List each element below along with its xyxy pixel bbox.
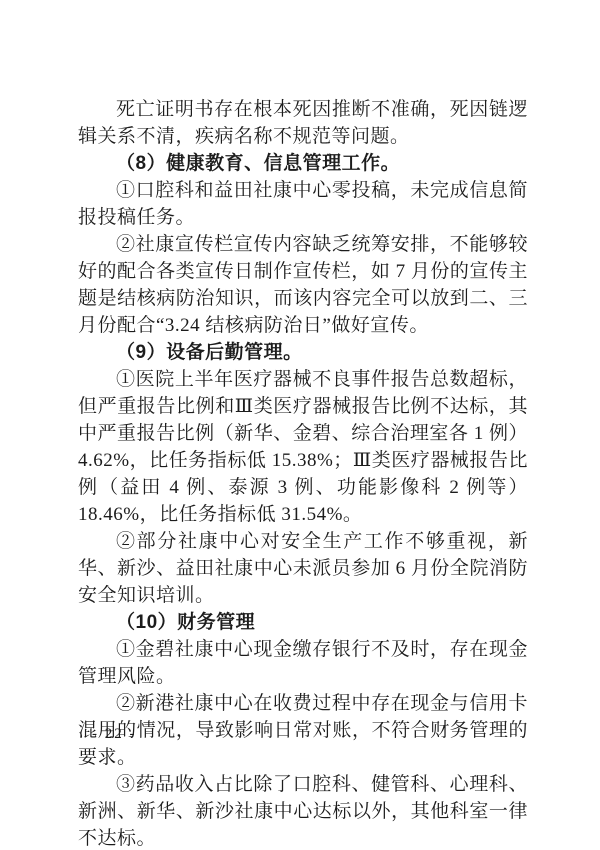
section-heading-8-health-education: （8）健康教育、信息管理工作。 <box>78 150 528 177</box>
paragraph-10-item-2: ②新港社康中心在收费过程中存在现金与信用卡混用的情况，导致影响日常对账，不符合财… <box>78 690 528 771</box>
document-text-block: 死亡证明书存在根本死因推断不准确，死因链逻辑关系不清，疾病名称不规范等问题。 （… <box>78 96 528 850</box>
paragraph-8-item-1: ①口腔科和益田社康中心零投稿，未完成信息简报投稿任务。 <box>78 177 528 231</box>
section-heading-10-finance: （10）财务管理 <box>78 609 528 636</box>
paragraph-9-item-2: ②部分社康中心对安全生产工作不够重视，新华、新沙、益田社康中心未派员参加 6 月… <box>78 528 528 609</box>
paragraph-death-certificate: 死亡证明书存在根本死因推断不准确，死因链逻辑关系不清，疾病名称不规范等问题。 <box>78 96 528 150</box>
paragraph-8-item-2: ②社康宣传栏宣传内容缺乏统筹安排，不能够较好的配合各类宣传日制作宣传栏，如 7 … <box>78 231 528 339</box>
document-page: 死亡证明书存在根本死因推断不准确，死因链逻辑关系不清，疾病名称不规范等问题。 （… <box>0 0 600 850</box>
paragraph-10-item-3: ③药品收入占比除了口腔科、健管科、心理科、新洲、新华、新沙社康中心达标以外，其他… <box>78 771 528 850</box>
paragraph-9-item-1: ①医院上半年医疗器械不良事件报告总数超标，但严重报告比例和Ⅲ类医疗器械报告比例不… <box>78 366 528 528</box>
page-number: - 22 - <box>92 726 137 743</box>
paragraph-10-item-1: ①金碧社康中心现金缴存银行不及时，存在现金管理风险。 <box>78 636 528 690</box>
section-heading-9-equipment-logistics: （9）设备后勤管理。 <box>78 339 528 366</box>
